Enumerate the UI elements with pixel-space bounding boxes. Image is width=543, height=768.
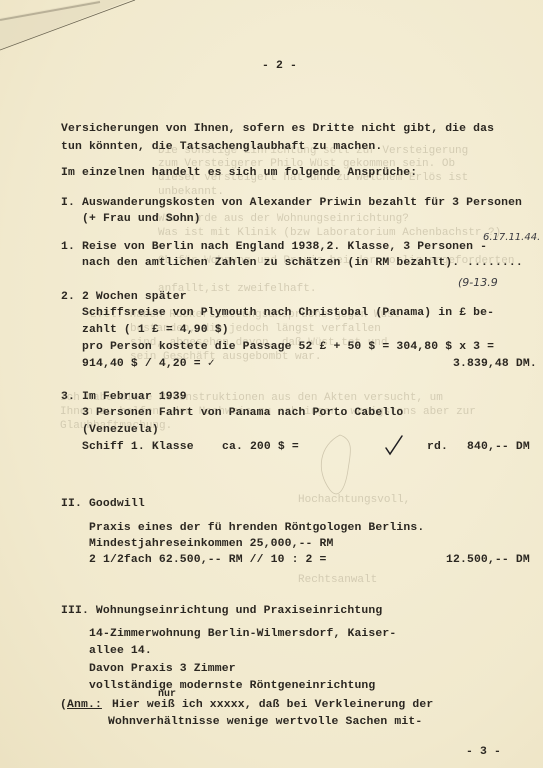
bleed-through-text: Was ist mit Klinik (bzw Laboratorium Ach…: [158, 226, 501, 240]
item-2-line: 2. 2 Wochen später: [61, 290, 187, 304]
section-II-title: II. Goodwill: [61, 497, 145, 511]
section-III-title: III. Wohnungseinrichtung und Praxiseinri…: [61, 604, 382, 618]
folded-corner-shadow: [0, 0, 160, 60]
item-1-dots: ........: [467, 256, 523, 270]
section-heading: Im einzelnen handelt es sich um folgende…: [61, 166, 417, 180]
handwritten-note: 6.17.11.44.: [483, 232, 540, 243]
section-II-line: 2 1/2fach 62.500,-- RM // 10 : 2 =: [89, 553, 327, 567]
section-III-line: allee 14.: [89, 644, 152, 658]
intro-line: Versicherungen von Ihnen, sofern es Drit…: [61, 122, 494, 136]
item-3-line: (Venezuela): [82, 423, 159, 437]
page-number-bottom: - 3 -: [466, 745, 501, 759]
section-II-line: Praxis eines der fü hrenden Röntgologen …: [89, 521, 424, 535]
item-2-line: Schiffsreise von Plymouth nach Christoba…: [82, 306, 494, 320]
section-III-line: vollständige modernste Röntgeneinrichtun…: [89, 679, 375, 693]
pencil-scribble: [310, 430, 370, 510]
note-line: Hier weiß ich xxxxx, daß bei Verkleineru…: [112, 698, 433, 712]
item-2-amount: 3.839,48 DM.: [453, 357, 537, 371]
document-page: Die sonstige Einrichtung soll zur Verste…: [0, 0, 543, 768]
item-1-line: nach den amtlichen Zahlen zu schätzen (i…: [82, 256, 459, 270]
section-I-subtitle: (+ Frau und Sohn): [82, 212, 201, 226]
item-3-line: ca. 200 $ =: [222, 440, 299, 454]
item-2-line: 914,40 $ / 4,20 = ✓: [82, 357, 215, 371]
page-number-top: - 2 -: [262, 59, 297, 73]
item-2-line: pro Person kostete die Passage 52 £ + 50…: [82, 340, 494, 354]
note-open-paren: (: [60, 698, 67, 712]
section-III-line: Davon Praxis 3 Zimmer: [89, 662, 236, 676]
item-3-line: 3 Personen Fahrt von Panama nach Porto C…: [82, 406, 403, 420]
item-3-line: 3. Im Februar 1939: [61, 390, 187, 404]
intro-line: tun könnten, die Tatsachenglaubhaft zu m…: [61, 140, 382, 154]
item-2-line: zahlt ( 1 £ = 4,90 $): [82, 323, 229, 337]
bleed-through-text: Rechtsanwalt: [298, 573, 377, 587]
note-line: Wohnverhältnisse wenige wertvolle Sachen…: [108, 715, 422, 729]
section-I-title: I. Auswanderungskosten von Alexander Pri…: [61, 196, 522, 210]
item-3-amount: 840,-- DM: [467, 440, 530, 454]
item-1-line: 1. Reise von Berlin nach England 1938,2.…: [61, 240, 487, 254]
checkmark-icon: [384, 434, 404, 456]
section-II-amount: 12.500,-- DM: [446, 553, 530, 567]
note-label: Anm.:: [67, 698, 102, 712]
section-II-line: Mindestjahreseinkommen 25,000,-- RM: [89, 537, 334, 551]
item-3-amount-prefix: rd.: [427, 440, 448, 454]
item-3-line: Schiff 1. Klasse: [82, 440, 194, 454]
section-III-line: 14-Zimmerwohnung Berlin-Wilmersdorf, Kai…: [89, 627, 396, 641]
handwritten-note: (9-13.9: [458, 276, 498, 289]
